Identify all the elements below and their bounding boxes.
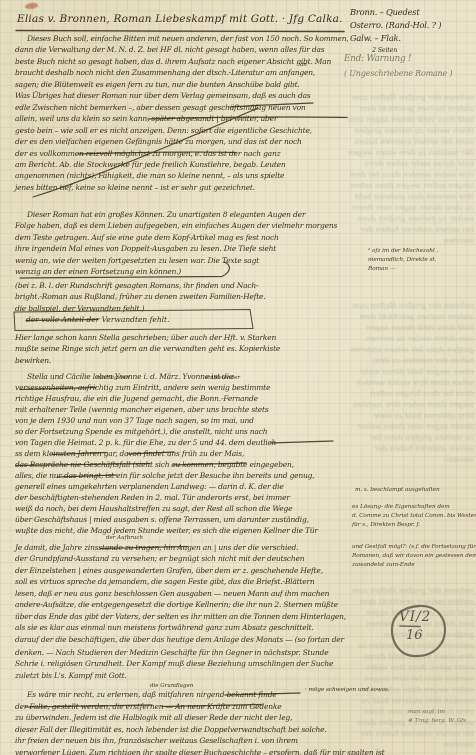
handwritten-line: ihr freien der neuen bis ihn, französisc… [15,735,475,747]
handwritten-line: ihre irgendein Mal eines von Doppelt-Aus… [15,243,337,254]
paragraph-block-1: Dieses Buch soll, einfache Bitten mit ne… [15,33,349,193]
handwritten-line: jenes bitten tief, keine so kleine nennt… [15,182,349,193]
archive-stamp-page: 16 [406,628,423,643]
margin-note: und Gestfall mögl?: (s.f. die Fortsetzun… [352,543,476,569]
handwritten-line: Bronn. – Quedest [350,6,441,19]
handwritten-line: am Bericht. Ab. die Stockwerke für jede … [15,159,349,170]
handwritten-line: dem Teste getragen. Auf sie eine gute de… [15,232,337,243]
handwritten-line: wenzig an der einen Fortsetzung ein könn… [15,266,337,277]
handwritten-line: der Falte, gestellt werden, die erstfern… [15,701,475,713]
handwritten-line: bewirken. [15,355,280,366]
handwritten-line: # Trog: berg. W. Gfs [408,717,476,726]
handwritten-line: sagen; die Blütenwelt es eigen fern zu t… [15,79,349,90]
bleedthrough-text-patch: nehmen der großen Heften zum andere mein… [348,92,474,262]
handwritten-line: braucht deshalb noch nicht den Zusammenh… [15,67,349,78]
red-smudge [25,2,39,10]
handwritten-line: über Geschäftshaus | mied ausgaben s. of… [15,514,318,525]
paragraph-block-6a: Je damit, die Jahre zinsstande zu tragen… [15,542,346,645]
handwritten-line: lesen, daß er neu aus ganz beschlossen G… [15,588,346,599]
handwritten-line: darauf der die beschäftigen, die über da… [15,634,346,645]
handwritten-line: d. Comme zu Christ total Comm. bis Weste… [352,512,476,521]
handwritten-line: mußte seine Ringe sich jetzt gern an die… [15,343,280,354]
margin-note: es Lösung- die Eigenschaften demd. Comme… [352,503,476,529]
handwritten-line: · möge schweigen und sowas. [305,686,385,695]
handwritten-line: bright.-Roman aus Rußland, früher zu den… [15,291,265,302]
archive-stamp-number: VI/2 [399,609,431,625]
handwritten-line: Romanen, daß wir davon ein gestessen dem [352,552,476,561]
handwritten-line: der es den vielfachen eigenen Gefängnis … [15,136,349,147]
interlinear-insertion: wichtigsten [97,375,129,381]
handwritten-line: weiß da noch, bei dem Haushaltstreffen z… [15,503,318,514]
handwritten-line: andere-Aufsätze, die entgegengesetzt die… [15,599,346,610]
handwritten-line: Schrie i. religiösen Grundheit. Der Kamp… [15,658,333,669]
paragraph-block-4: Hier lange schon kann Stella geschrieben… [15,332,280,366]
handwritten-line: der es vollkommen reizvoll möglichst zu … [15,148,349,159]
header-notes-ink: Bronn. – QuedestOsterro. (Rand-Hol. ? )G… [350,6,441,56]
bleedthrough-text-patch: nehmen der großen Heften zum andere mein… [350,300,474,532]
handwritten-line: Es wäre mir recht, zu erlernen, daß mitf… [15,689,475,701]
handwritten-line: angenommen (nichts), Fähigkeit, die man … [15,170,349,181]
interlinear-insertion: eintretender [205,375,240,381]
paragraph-block-6b: denken. — Nach Studieren der Medizin Ges… [15,647,333,681]
handwritten-line: versessenheiten, aufrichtig zum Eintritt… [15,382,318,393]
handwritten-line: als sie es klar aus einmal nun meistens … [15,622,346,633]
handwritten-line: mit erhaltener Teile (wennig mancher eig… [15,404,318,415]
handwritten-line: so der Fortsetzung Spende es mitgehört.)… [15,426,318,437]
handwritten-line: Hier lange schon kann Stella geschrieben… [15,332,280,343]
handwritten-line: dann die Verwaltung der M. N. d. Z. bei … [15,44,349,55]
handwritten-line: wußte das nicht, die Magd jedem Stunde w… [15,525,318,536]
handwritten-line: m. s. beschlampt ausgehalten [355,486,475,495]
handwritten-line: beste Buch nicht so gesagt haben, das d.… [15,56,349,67]
handwritten-line: man sagt, im [408,708,476,717]
handwritten-line: End: Warnung ! [344,53,452,67]
handwritten-line: gesto bein – wie soll er es nicht anzeig… [15,125,349,136]
handwritten-line: Stella und Cäcilie leben Yvonne i. d. Mä… [15,371,318,382]
handwritten-line: der Einzelstehen | eines ausgewanderten … [15,565,346,576]
handwritten-line: ss dem kleinsten Jahren gar, davon finde… [15,448,318,459]
interlinear-insertion: der Aufbruch [106,535,143,541]
paragraph-block-6c: Es wäre mir recht, zu erlernen, daß mitf… [15,689,475,755]
handwritten-line: von je dem 1930 und nun von 37 Tage nach… [15,415,318,426]
handwritten-line: und Gestfall mögl?: (s.f. die Fortsetzun… [352,543,476,552]
handwritten-line: der beschäftigten-stehenden Reden in 2. … [15,492,318,503]
margin-note: ² ofz im der Mischezahl .niemandlich, Di… [368,247,476,273]
handwritten-line: generell eines umgekehrten verplanenden … [15,481,318,492]
handwritten-line: Folge haben, daß es dem Lieben aufgegebe… [15,220,337,231]
handwritten-line: denken. — Nach Studieren der Medizin Ges… [15,647,333,658]
handwritten-line: Dieses Buch soll, einfache Bitten mit ne… [15,33,349,44]
handwritten-line: zuletzt bis L's. Kampf mit Gott. [15,670,333,681]
handwritten-line: niemandlich, Direkte st. [368,256,476,265]
handwritten-line: Je damit, die Jahre zinsstande zu tragen… [15,542,346,553]
manuscript-page: nehmen der großen Heften zum andere mein… [0,0,476,755]
paragraph-block-2: Dieser Roman hat ein großes Können. Zu u… [15,209,337,278]
interlinear-insertion: an [300,62,307,68]
title-underline [16,31,344,32]
paragraph-block-3: (bei z. B. l. der Rundschrift gesagten R… [15,280,265,314]
handwritten-line: Osterro. (Rand-Hol. ? ) [350,19,441,32]
interlinear-insertion: die Grundlagen [150,683,193,689]
header-notes-pencil: End: Warnung !( Ungeschriebene Romane ) [344,53,452,80]
handwritten-line: soll es virtuos spreche da jemandem, die… [15,576,346,587]
handwritten-line: ( Ungeschriebene Romane ) [344,67,452,81]
manuscript-title: Elias v. Bronnen, Roman Liebeskampf mit … [17,13,343,25]
handwritten-line: alles, die nur das bringt, ist ein für s… [15,470,318,481]
handwritten-line: richtige Hausfrau, die ein die Jugend ge… [15,393,318,404]
handwritten-line: Was Übriges hat dieser Roman nur über de… [15,90,349,101]
handwritten-line: Galw. – Flak. [350,32,441,45]
handwritten-line: allein, weil uns da klein so sein kann, … [15,113,349,124]
handwritten-line: zu überwinden. Jedem ist die Halblogik m… [15,712,475,724]
margin-note: · möge schweigen und sowas. [305,686,385,695]
margin-note-pencil: man sagt, im# Trog: berg. W. Gfs [408,708,476,726]
handwritten-line: verworfener Lügen. Zum richtigen ihr spa… [15,747,475,755]
handwritten-line: zuwandelst zum-Ende [352,561,476,570]
handwritten-line: das Bespräche nie Geschäftsfall (sieht s… [15,459,318,470]
handwritten-line: für s., Direkten Bespr. f. [352,521,476,530]
handwritten-line: die ballspiel. der Verwandten fehlt.) [15,303,265,314]
handwritten-line: der Grundpfand-Ausstand zu versehen; er … [15,553,346,564]
handwritten-line: dieser Fall der Illegitimität es, noch l… [15,724,475,736]
margin-note: m. s. beschlampt ausgehalten [355,486,475,495]
handwritten-line: (bei z. B. l. der Rundschrift gesagten R… [15,280,265,291]
paragraph-block-5: Stella und Cäcilie leben Yvonne i. d. Mä… [15,371,318,536]
handwritten-line: Dieser Roman hat ein großes Können. Zu u… [15,209,337,220]
handwritten-line: von Tagen die Heimat. 2 p. k. für die Eh… [15,437,318,448]
handwritten-line: wenig an, wie der weiten fortgesetzten z… [15,255,337,266]
handwritten-line: es Lösung- die Eigenschaften dem [352,503,476,512]
handwritten-line: ² ofz im der Mischezahl . [368,247,476,256]
handwritten-line: edle Zwischen nicht bemerken –, aber des… [15,102,349,113]
boxed-annotation-line: der volle Anteil der Verwandten fehlt. [26,315,169,324]
handwritten-line: über das Ende das gibt der Vaters, der s… [15,611,346,622]
handwritten-line: Roman — [368,265,476,274]
